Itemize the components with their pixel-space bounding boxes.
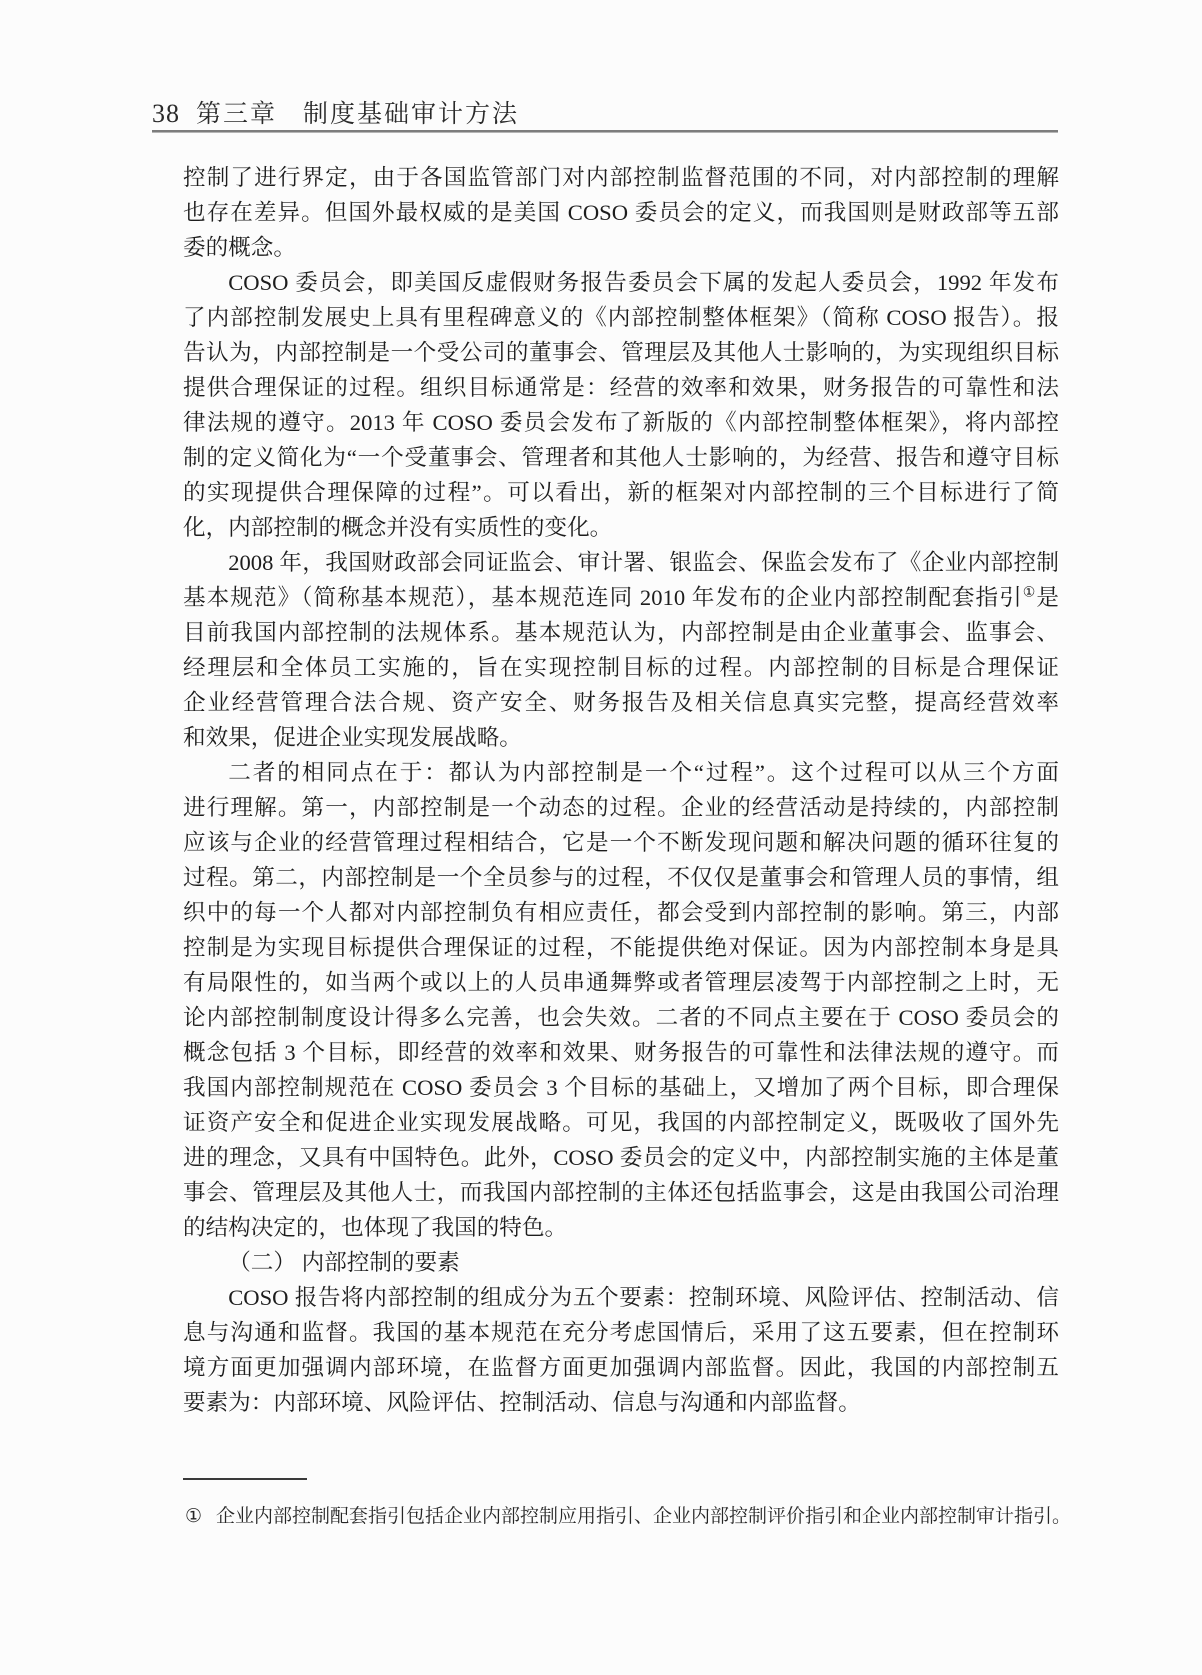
footnote-marker: ① <box>185 1506 202 1527</box>
footnote-ref-1: ① <box>1023 585 1037 600</box>
text-line: 我国内部控制规范在 COSO 委员会 3 个目标的基础上，又增加了两个目标，即合… <box>183 1070 1059 1105</box>
text-line: 二者的相同点在于：都认为内部控制是一个“过程”。这个过程可以从三个方面 <box>183 755 1059 790</box>
text-line: 委的概念。 <box>183 230 1059 265</box>
text-line: 经理层和全体员工实施的，旨在实现控制目标的过程。内部控制的目标是合理保证 <box>183 650 1059 685</box>
text-line: 控制是为实现目标提供合理保证的过程，不能提供绝对保证。因为内部控制本身是具 <box>183 930 1059 965</box>
text-line: 了内部控制发展史上具有里程碑意义的《内部控制整体框架》（简称 COSO 报告）。… <box>183 300 1059 335</box>
text-line: 律法规的遵守。2013 年 COSO 委员会发布了新版的《内部控制整体框架》，将… <box>183 405 1059 440</box>
text-line: 过程。第二，内部控制是一个全员参与的过程，不仅仅是董事会和管理人员的事情，组 <box>183 860 1059 895</box>
text-line: 织中的每一个人都对内部控制负有相应责任，都会受到内部控制的影响。第三，内部 <box>183 895 1059 930</box>
text-line: 制的定义简化为“一个受董事会、管理者和其他人士影响的，为经营、报告和遵守目标 <box>183 440 1059 475</box>
paragraph: 二者的相同点在于：都认为内部控制是一个“过程”。这个过程可以从三个方面进行理解。… <box>183 755 1059 1245</box>
text-line: 的结构决定的，也体现了我国的特色。 <box>183 1210 1059 1245</box>
text-line: 企业经营管理合法合规、资产安全、财务报告及相关信息真实完整，提高经营效率 <box>183 685 1059 720</box>
paragraph: 控制了进行界定，由于各国监管部门对内部控制监督范围的不同，对内部控制的理解也存在… <box>183 160 1059 265</box>
text-line: 事会、管理层及其他人士，而我国内部控制的主体还包括监事会，这是由我国公司治理 <box>183 1175 1059 1210</box>
text-line: COSO 委员会，即美国反虚假财务报告委员会下属的发起人委员会，1992 年发布 <box>183 265 1059 300</box>
text-line: 和效果，促进企业实现发展战略。 <box>183 720 1059 755</box>
paragraph: COSO 委员会，即美国反虚假财务报告委员会下属的发起人委员会，1992 年发布… <box>183 265 1059 545</box>
text-line: 有局限性的，如当两个或以上的人员串通舞弊或者管理层凌驾于内部控制之上时，无 <box>183 965 1059 1000</box>
page-number: 38 <box>152 99 180 128</box>
body-text: 控制了进行界定，由于各国监管部门对内部控制监督范围的不同，对内部控制的理解也存在… <box>183 160 1059 1420</box>
text-line: 目前我国内部控制的法规体系。基本规范认为，内部控制是由企业董事会、监事会、 <box>183 615 1059 650</box>
footnote: ①企业内部控制配套指引包括企业内部控制应用指引、企业内部控制评价指引和企业内部控… <box>185 1503 1065 1531</box>
section-heading: （二） 内部控制的要素 <box>183 1245 1059 1280</box>
paragraph: COSO 报告将内部控制的组成分为五个要素：控制环境、风险评估、控制活动、信息与… <box>183 1280 1059 1420</box>
text-line: 进行理解。第一，内部控制是一个动态的过程。企业的经营活动是持续的，内部控制 <box>183 790 1059 825</box>
text-line: 基本规范》（简称基本规范），基本规范连同 2010 年发布的企业内部控制配套指引… <box>183 580 1059 615</box>
text-line: 也存在差异。但国外最权威的是美国 COSO 委员会的定义，而我国则是财政部等五部 <box>183 195 1059 230</box>
text-line: 应该与企业的经营管理过程相结合，它是一个不断发现问题和解决问题的循环往复的 <box>183 825 1059 860</box>
book-page: 38第三章制度基础审计方法 控制了进行界定，由于各国监管部门对内部控制监督范围的… <box>0 0 1202 1675</box>
text-line: 化，内部控制的概念并没有实质性的变化。 <box>183 510 1059 545</box>
text-line: 要素为：内部环境、风险评估、控制活动、信息与沟通和内部监督。 <box>183 1385 1059 1420</box>
chapter-title: 制度基础审计方法 <box>303 101 519 128</box>
footnote-text: 企业内部控制配套指引包括企业内部控制应用指引、企业内部控制评价指引和企业内部控制… <box>216 1506 1071 1527</box>
text-line: 进的理念，又具有中国特色。此外，COSO 委员会的定义中，内部控制实施的主体是董 <box>183 1140 1059 1175</box>
chapter-label: 第三章 <box>196 101 277 128</box>
text-line: 论内部控制制度设计得多么完善，也会失效。二者的不同点主要在于 COSO 委员会的 <box>183 1000 1059 1035</box>
text-line: 提供合理保证的过程。组织目标通常是：经营的效率和效果，财务报告的可靠性和法 <box>183 370 1059 405</box>
text-line: COSO 报告将内部控制的组成分为五个要素：控制环境、风险评估、控制活动、信 <box>183 1280 1059 1315</box>
header-divider <box>152 130 1058 133</box>
text-line: 告认为，内部控制是一个受公司的董事会、管理层及其他人士影响的，为实现组织目标 <box>183 335 1059 370</box>
footnote-divider <box>183 1478 307 1480</box>
running-header: 38第三章制度基础审计方法 <box>152 94 1058 130</box>
text-line: 证资产安全和促进企业实现发展战略。可见，我国的内部控制定义，既吸收了国外先 <box>183 1105 1059 1140</box>
text-line: 的实现提供合理保障的过程”。可以看出，新的框架对内部控制的三个目标进行了简 <box>183 475 1059 510</box>
text-line: 概念包括 3 个目标，即经营的效率和效果、财务报告的可靠性和法律法规的遵守。而 <box>183 1035 1059 1070</box>
text-line: （二） 内部控制的要素 <box>183 1245 1059 1280</box>
text-line: 息与沟通和监督。我国的基本规范在充分考虑国情后，采用了这五要素，但在控制环 <box>183 1315 1059 1350</box>
text-line: 境方面更加强调内部环境，在监督方面更加强调内部监督。因此，我国的内部控制五 <box>183 1350 1059 1385</box>
paragraph: 2008 年，我国财政部会同证监会、审计署、银监会、保监会发布了《企业内部控制基… <box>183 545 1059 755</box>
text-line: 控制了进行界定，由于各国监管部门对内部控制监督范围的不同，对内部控制的理解 <box>183 160 1059 195</box>
text-line: 2008 年，我国财政部会同证监会、审计署、银监会、保监会发布了《企业内部控制 <box>183 545 1059 580</box>
